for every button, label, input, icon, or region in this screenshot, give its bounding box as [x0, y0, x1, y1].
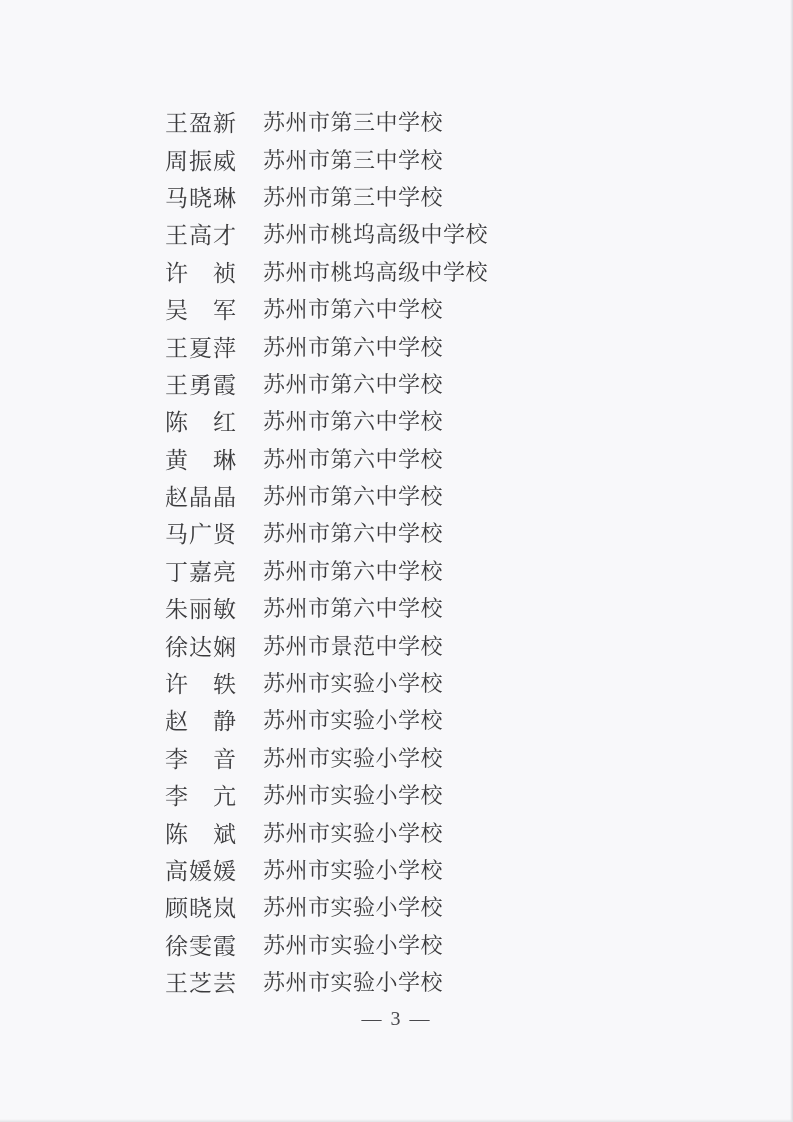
table-row: 李 音苏州市实验小学校 — [165, 739, 753, 776]
person-name: 王夏萍 — [165, 330, 245, 363]
person-name: 赵 静 — [165, 703, 245, 736]
person-name: 陈 红 — [165, 404, 245, 437]
school-name: 苏州市第三中学校 — [263, 181, 443, 212]
school-name: 苏州市实验小学校 — [263, 891, 443, 922]
school-name: 苏州市景范中学校 — [263, 630, 443, 661]
name-school-list: 王盈新苏州市第三中学校周振威苏州市第三中学校马晓琳苏州市第三中学校王高才苏州市桃… — [165, 103, 753, 1000]
person-name: 丁嘉亮 — [165, 554, 245, 587]
table-row: 陈 红苏州市第六中学校 — [165, 402, 753, 439]
person-name: 朱丽敏 — [165, 591, 245, 624]
school-name: 苏州市实验小学校 — [263, 966, 443, 997]
table-row: 王芝芸苏州市实验小学校 — [165, 963, 753, 1000]
table-row: 吴 军苏州市第六中学校 — [165, 290, 753, 327]
school-name: 苏州市第三中学校 — [263, 106, 443, 137]
page-number: — 3 — — [0, 1008, 793, 1031]
school-name: 苏州市第六中学校 — [263, 293, 443, 324]
table-row: 顾晓岚苏州市实验小学校 — [165, 888, 753, 925]
school-name: 苏州市第六中学校 — [263, 368, 443, 399]
table-row: 王勇霞苏州市第六中学校 — [165, 365, 753, 402]
school-name: 苏州市第六中学校 — [263, 331, 443, 362]
person-name: 顾晓岚 — [165, 890, 245, 923]
school-name: 苏州市实验小学校 — [263, 929, 443, 960]
school-name: 苏州市实验小学校 — [263, 742, 443, 773]
table-row: 赵晶晶苏州市第六中学校 — [165, 477, 753, 514]
school-name: 苏州市实验小学校 — [263, 667, 443, 698]
table-row: 李 亢苏州市实验小学校 — [165, 776, 753, 813]
table-row: 黄 琳苏州市第六中学校 — [165, 440, 753, 477]
table-row: 许 轶苏州市实验小学校 — [165, 664, 753, 701]
school-name: 苏州市第六中学校 — [263, 517, 443, 548]
table-row: 高媛媛苏州市实验小学校 — [165, 851, 753, 888]
person-name: 马广贤 — [165, 516, 245, 549]
table-row: 许 祯苏州市桃坞高级中学校 — [165, 253, 753, 290]
person-name: 高媛媛 — [165, 853, 245, 886]
school-name: 苏州市实验小学校 — [263, 854, 443, 885]
school-name: 苏州市实验小学校 — [263, 704, 443, 735]
person-name: 徐雯霞 — [165, 928, 245, 961]
school-name: 苏州市实验小学校 — [263, 779, 443, 810]
person-name: 马晓琳 — [165, 180, 245, 213]
person-name: 周振威 — [165, 143, 245, 176]
person-name: 黄 琳 — [165, 442, 245, 475]
school-name: 苏州市第六中学校 — [263, 480, 443, 511]
table-row: 王夏萍苏州市第六中学校 — [165, 327, 753, 364]
table-row: 马广贤苏州市第六中学校 — [165, 514, 753, 551]
person-name: 徐达娴 — [165, 629, 245, 662]
table-row: 赵 静苏州市实验小学校 — [165, 701, 753, 738]
person-name: 赵晶晶 — [165, 479, 245, 512]
table-row: 王高才苏州市桃坞高级中学校 — [165, 215, 753, 252]
table-row: 陈 斌苏州市实验小学校 — [165, 813, 753, 850]
table-row: 丁嘉亮苏州市第六中学校 — [165, 552, 753, 589]
document-page: 王盈新苏州市第三中学校周振威苏州市第三中学校马晓琳苏州市第三中学校王高才苏州市桃… — [0, 0, 793, 1122]
person-name: 王盈新 — [165, 105, 245, 138]
person-name: 王勇霞 — [165, 367, 245, 400]
table-row: 马晓琳苏州市第三中学校 — [165, 178, 753, 215]
school-name: 苏州市第六中学校 — [263, 405, 443, 436]
person-name: 李 音 — [165, 741, 245, 774]
table-row: 徐雯霞苏州市实验小学校 — [165, 926, 753, 963]
school-name: 苏州市实验小学校 — [263, 817, 443, 848]
school-name: 苏州市桃坞高级中学校 — [263, 256, 488, 287]
person-name: 吴 军 — [165, 292, 245, 325]
school-name: 苏州市第六中学校 — [263, 443, 443, 474]
table-row: 王盈新苏州市第三中学校 — [165, 103, 753, 140]
person-name: 陈 斌 — [165, 816, 245, 849]
person-name: 许 祯 — [165, 255, 245, 288]
person-name: 王芝芸 — [165, 965, 245, 998]
table-row: 朱丽敏苏州市第六中学校 — [165, 589, 753, 626]
table-row: 周振威苏州市第三中学校 — [165, 140, 753, 177]
school-name: 苏州市第六中学校 — [263, 555, 443, 586]
school-name: 苏州市第三中学校 — [263, 144, 443, 175]
table-row: 徐达娴苏州市景范中学校 — [165, 626, 753, 663]
person-name: 李 亢 — [165, 778, 245, 811]
school-name: 苏州市桃坞高级中学校 — [263, 218, 488, 249]
person-name: 许 轶 — [165, 666, 245, 699]
school-name: 苏州市第六中学校 — [263, 592, 443, 623]
person-name: 王高才 — [165, 217, 245, 250]
